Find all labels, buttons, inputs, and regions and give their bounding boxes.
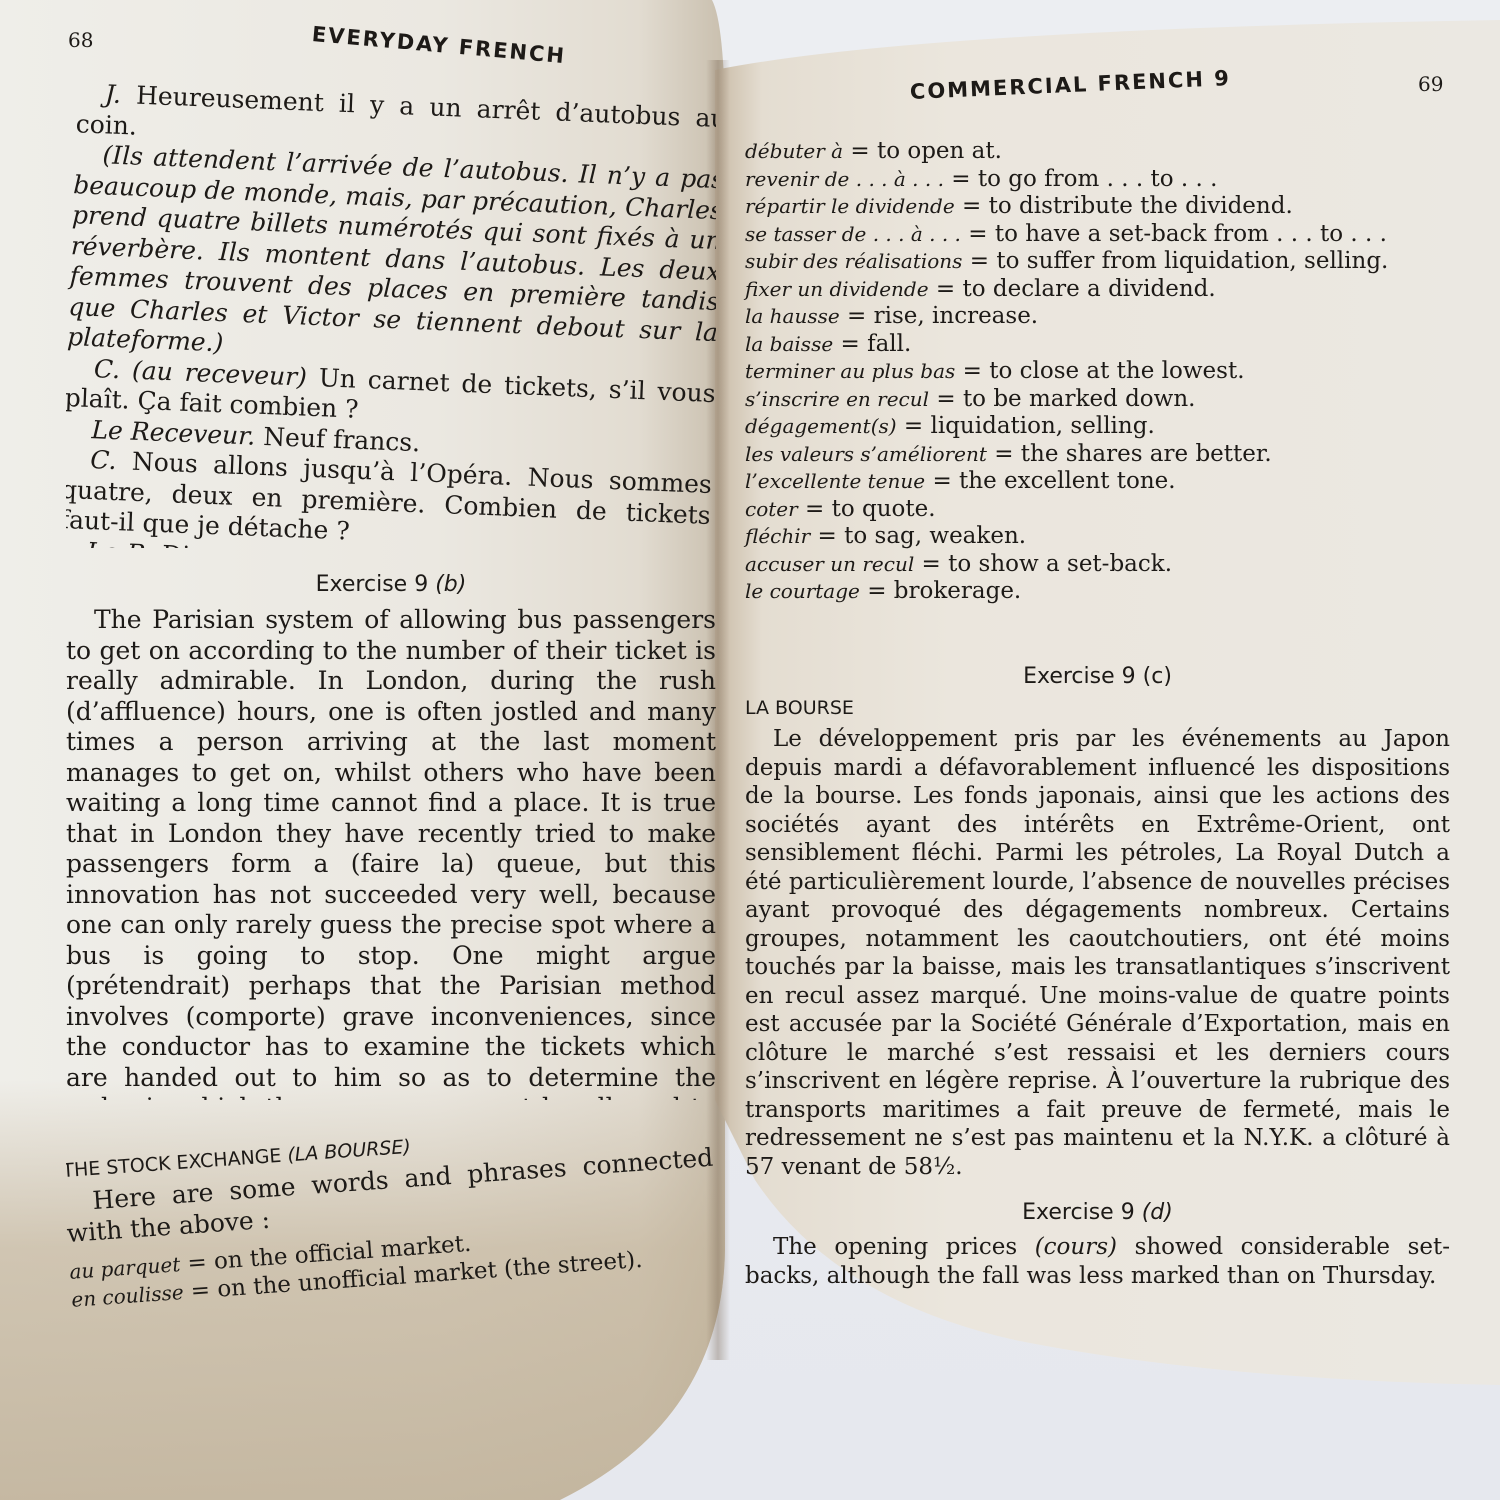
vocab-en: to open at. (877, 138, 1002, 164)
vocab-item: subir des réalisations = to suffer from … (745, 248, 1450, 276)
subtitle-fr: (LA BOURSE) (287, 1136, 412, 1167)
exercise-label: (c) (1143, 664, 1172, 689)
page-number-right: 69 (1418, 72, 1443, 96)
vocab-en: to go from . . . to . . . (978, 166, 1218, 192)
exercise-heading: Exercise 9 (d) (745, 1200, 1450, 1225)
vocab-item: coter = to quote. (745, 496, 1450, 524)
speaker: J. (104, 79, 121, 109)
line-text: Neuf francs. (263, 421, 421, 456)
vocab-fr: la hausse (745, 304, 840, 328)
equals: = (847, 303, 866, 329)
vocab-item: la baisse = fall. (745, 331, 1450, 359)
vocab-item: revenir de . . . à . . . = to go from . … (745, 166, 1450, 194)
equals: = (867, 578, 886, 604)
vocab-list: débuter à = to open at. revenir de . . .… (745, 138, 1450, 606)
exercise-text: The Parisian system of allowing bus pass… (66, 605, 716, 1100)
vocab-fr: l’excellente tenue (745, 469, 925, 493)
vocab-fr: s’inscrire en recul (745, 387, 929, 411)
vocab-item: la hausse = rise, increase. (745, 303, 1450, 331)
equals: = (962, 193, 981, 219)
equals: = (818, 523, 837, 549)
text-before: The opening prices (773, 1234, 1017, 1260)
equals: = (936, 276, 955, 302)
vocab-fr: revenir de . . . à . . . (745, 167, 944, 191)
vocab-en: to suffer from liquidation, selling. (996, 248, 1388, 274)
vocab-fr: la baisse (745, 332, 833, 356)
vocab-en: fall. (867, 331, 911, 357)
equals: = (187, 1249, 208, 1276)
speaker: Le Receveur. (91, 415, 256, 451)
equals: = (922, 551, 941, 577)
exercise-9b: Exercise 9 (b) The Parisian system of al… (66, 560, 716, 1100)
vocab-fr: débuter à (745, 139, 843, 163)
vocab-item: l’excellente tenue = the excellent tone. (745, 468, 1450, 496)
exercise-title: Exercise 9 (1022, 1200, 1135, 1225)
equals: = (968, 221, 987, 247)
vocab-item: le courtage = brokerage. (745, 578, 1450, 606)
vocab-en: to sag, weaken. (844, 523, 1026, 549)
stage-direction: (Ils attendent l’arrivée de l’autobus. I… (67, 139, 716, 378)
page-number-left: 68 (68, 28, 93, 52)
vocab-fr: le courtage (745, 579, 860, 603)
commercial-french-section: COMMERCIAL FRENCH 9 THE STOCK EXCHANGE (… (66, 1130, 716, 1390)
vocab-item: terminer au plus bas = to close at the l… (745, 358, 1450, 386)
vocab-en: the excellent tone. (959, 468, 1176, 494)
vocab-item: accuser un recul = to show a set-back. (745, 551, 1450, 579)
vocab-fr: fléchir (745, 524, 810, 548)
equals: = (994, 441, 1013, 467)
line-text: Heureusement il y a un arrêt d’autobus a… (75, 81, 716, 141)
french-term: (cours) (1035, 1234, 1117, 1260)
vocab-en: brokerage. (894, 578, 1021, 604)
section-heading: LA BOURSE (745, 697, 1450, 719)
equals: = (970, 248, 989, 274)
vocab-item: fléchir = to sag, weaken. (745, 523, 1450, 551)
vocab-en: to distribute the dividend. (989, 193, 1293, 219)
vocab-en: to show a set-back. (948, 551, 1172, 577)
vocab-en: to be marked down. (963, 386, 1196, 412)
vocab-fr: accuser un recul (745, 552, 914, 576)
vocab-item: les valeurs s’améliorent = the shares ar… (745, 441, 1450, 469)
dialogue: J. Heureusement il y a un arrêt d’autobu… (66, 78, 716, 548)
vocab-item: débuter à = to open at. (745, 138, 1450, 166)
vocab-en: the shares are better. (1021, 441, 1272, 467)
equals: = (840, 331, 859, 357)
equals: = (805, 496, 824, 522)
vocab-fr: fixer un dividende (745, 277, 929, 301)
dialogue-section: J. Heureusement il y a un arrêt d’autobu… (66, 78, 716, 548)
vocab-fr: coter (745, 497, 798, 521)
exercise-9c: Exercise 9 (c) LA BOURSE Le développemen… (745, 652, 1450, 1181)
vocab-item: s’inscrire en recul = to be marked down. (745, 386, 1450, 414)
vocab-en: liquidation, selling. (931, 413, 1155, 439)
vocab-fr: se tasser de . . . à . . . (745, 222, 961, 246)
speaker: C. (90, 445, 117, 475)
exercise-heading: Exercise 9 (c) (745, 664, 1450, 689)
speaker: Le R. (86, 536, 154, 548)
exercise-label: (d) (1142, 1200, 1173, 1225)
exercise-title: Exercise 9 (1023, 664, 1136, 689)
exercise-heading: Exercise 9 (b) (66, 572, 716, 597)
equals: = (190, 1277, 211, 1304)
vocab-fr: les valeurs s’améliorent (745, 442, 987, 466)
vocab-fr: au parquet (69, 1252, 181, 1284)
vocab-en: to have a set-back from . . . to . . . (995, 221, 1387, 247)
exercise-label: (b) (435, 572, 466, 597)
equals: = (963, 358, 982, 384)
vocab-item: dégagement(s) = liquidation, selling. (745, 413, 1450, 441)
equals: = (850, 138, 869, 164)
equals: = (904, 413, 923, 439)
vocab-section-right: débuter à = to open at. revenir de . . .… (745, 138, 1450, 606)
vocab-item: fixer un dividende = to declare a divide… (745, 276, 1450, 304)
vocab-fr: terminer au plus bas (745, 359, 955, 383)
speaker: C. (93, 354, 120, 384)
vocab-en: rise, increase. (874, 303, 1038, 329)
vocab-item: se tasser de . . . à . . . = to have a s… (745, 221, 1450, 249)
vocab-item: répartir le dividende = to distribute th… (745, 193, 1450, 221)
vocab-fr: répartir le dividende (745, 194, 955, 218)
vocab-en: to close at the lowest. (989, 358, 1244, 384)
vocab-fr: dégagement(s) (745, 414, 897, 438)
exercise-text: The opening prices (cours) showed consid… (745, 1233, 1450, 1290)
vocab-fr: subir des réalisations (745, 249, 962, 273)
exercise-text: Le développement pris par les événements… (745, 725, 1450, 1181)
vocab-en: to quote. (832, 496, 936, 522)
exercise-title: Exercise 9 (316, 572, 429, 597)
vocab-en: to declare a dividend. (962, 276, 1215, 302)
equals: = (936, 386, 955, 412)
equals: = (932, 468, 951, 494)
exercise-9d: Exercise 9 (d) The opening prices (cours… (745, 1188, 1450, 1290)
equals: = (951, 166, 970, 192)
